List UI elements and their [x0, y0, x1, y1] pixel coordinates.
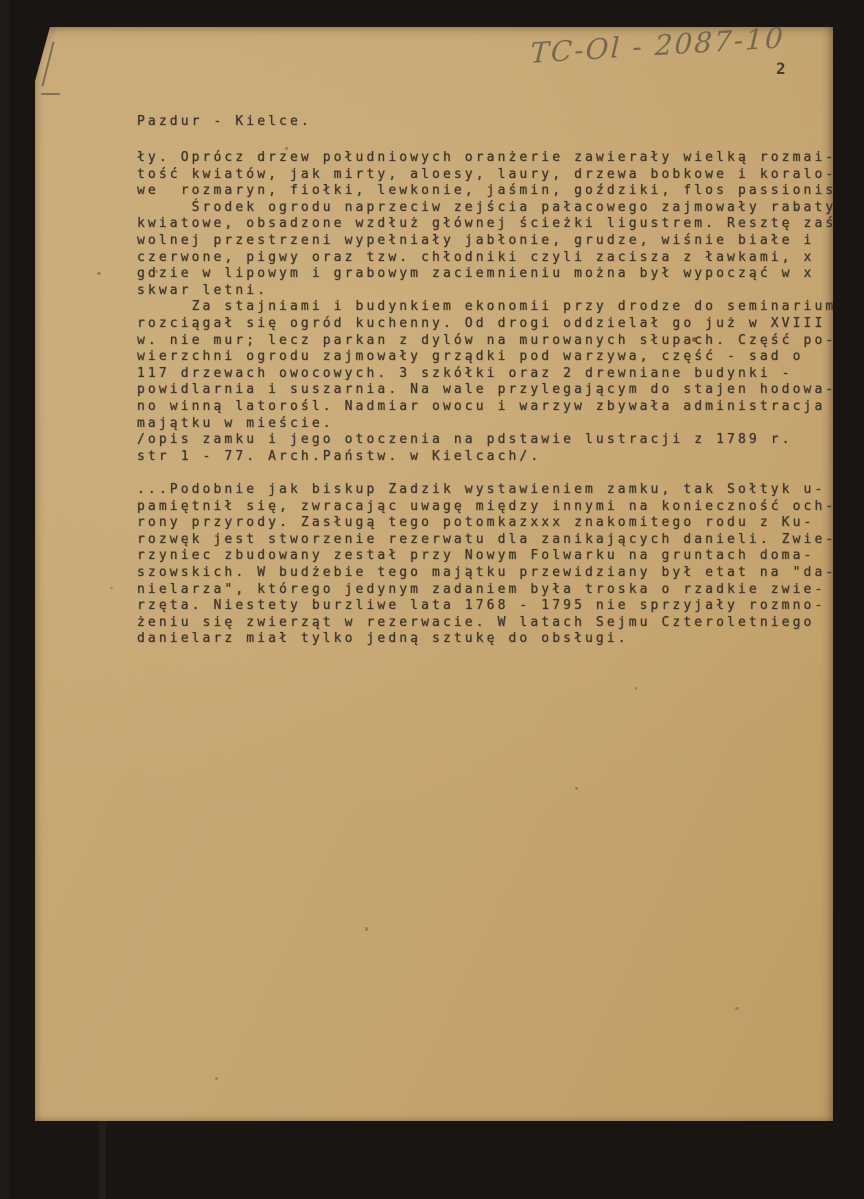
scanner-seam [99, 1121, 106, 1199]
typewritten-paragraph-block: ły. Oprócz drzew południowych oranżerie … [137, 150, 836, 465]
pencil-mark-dash [41, 93, 60, 95]
paper-speck [735, 1007, 739, 1010]
page-number: 2 [776, 59, 787, 78]
catalog-mark-handwriting: TC-Ol - 2087-10 [530, 21, 786, 70]
paper-speck [215, 1077, 218, 1080]
paper-corner-fold [35, 27, 57, 87]
paper-speck [97, 272, 101, 275]
paper-speck [635, 687, 637, 690]
pencil-mark-diagonal [41, 41, 54, 86]
paper-sheet: TC-Ol - 2087-10 2 Pazdur - Kielce. ły. O… [35, 27, 833, 1121]
scanner-edge-strip [0, 0, 9, 1199]
document-heading: Pazdur - Kielce. [137, 114, 312, 131]
scanned-document-page: TC-Ol - 2087-10 2 Pazdur - Kielce. ły. O… [0, 0, 864, 1199]
typewritten-paragraph-block: ...Podobnie jak biskup Zadzik wystawieni… [137, 482, 836, 648]
paper-speck [365, 927, 368, 931]
paper-speck [575, 787, 578, 790]
paper-speck [110, 587, 113, 589]
